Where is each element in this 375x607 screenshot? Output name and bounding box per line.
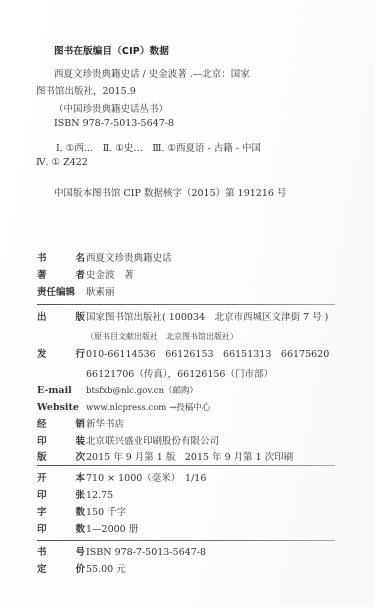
publisher-former-names: （原书目文献出版社 北京图书馆出版社）	[86, 331, 238, 342]
value-price: 55.00 元	[86, 563, 126, 577]
value-isbn: ISBN 978-7-5013-5647-8	[86, 546, 206, 560]
cip-approval-number: 中国版本图书馆 CIP 数据核字（2015）第 191216 号	[54, 185, 286, 199]
divider	[37, 304, 335, 305]
value-printer: 北京联兴盛业印刷股份有限公司	[86, 435, 219, 449]
label-author: 著者	[37, 269, 85, 283]
value-email: btsfxb@nlc.gov.cn（邮购）	[86, 384, 198, 398]
value-seller: 新华书店	[86, 418, 124, 432]
label-price: 定价	[37, 563, 85, 577]
value-format: 710 × 1000（毫米） 1/16	[86, 472, 206, 486]
label-printer: 印装	[37, 435, 85, 449]
divider	[37, 465, 335, 466]
value-distribution-phones: 010-66114536 66126153 66151313 66175620	[86, 348, 329, 362]
cip-line-publisher: 图书馆出版社，2015.9	[36, 83, 136, 97]
cip-title: 图书在版编目（CIP）数据	[54, 43, 169, 57]
cip-line-series: （中国珍贵典籍史话丛书）	[54, 101, 168, 115]
label-website: Website	[37, 401, 85, 415]
value-book-name: 西夏文珍贵典籍史话	[86, 252, 172, 266]
copyright-page: 图书在版编目（CIP）数据 西夏文珍贵典籍史话 / 史金波著 .—北京：国家 图…	[0, 0, 375, 607]
cip-line-classification: Ⅰ. ①西… Ⅱ. ①史… Ⅲ. ①西夏语 - 古籍 - 中国	[56, 140, 261, 154]
value-editor: 耿素丽	[86, 286, 115, 300]
label-edition: 版次	[37, 451, 85, 465]
cip-line-title-author: 西夏文珍贵典籍史话 / 史金波著 .—北京：国家	[54, 66, 250, 80]
cip-line-classification-2: Ⅳ. ① Z422	[36, 157, 88, 168]
label-isbn: 书号	[37, 546, 85, 560]
label-email: E-mail	[37, 384, 85, 398]
value-print-run: 1—2000 册	[86, 523, 138, 537]
label-format: 开本	[37, 472, 85, 486]
value-website: www.nlcpress.com →投稿中心	[86, 401, 210, 415]
label-seller: 经销	[37, 418, 85, 432]
label-word-count: 字数	[37, 506, 85, 520]
value-edition: 2015 年 9 月第 1 版 2015 年 9 月第 1 次印刷	[86, 451, 293, 465]
label-publisher: 出版	[37, 311, 85, 325]
cip-line-isbn: ISBN 978-7-5013-5647-8	[54, 118, 174, 129]
value-publisher: 国家图书馆出版社( 100034 北京市西城区文津街 7 号 )	[86, 311, 328, 325]
value-distribution-fax: 66121706（传真），66126156（门市部）	[86, 366, 273, 380]
value-author: 史金波 著	[86, 269, 134, 283]
value-word-count: 150 千字	[86, 506, 126, 520]
label-print-run: 印数	[37, 523, 85, 537]
label-editor: 责任编辑	[37, 286, 85, 300]
label-sheets: 印张	[37, 489, 85, 503]
label-book-name: 书名	[37, 252, 85, 266]
divider	[37, 540, 335, 541]
label-distribution: 发行	[37, 348, 85, 362]
value-sheets: 12.75	[86, 489, 113, 503]
